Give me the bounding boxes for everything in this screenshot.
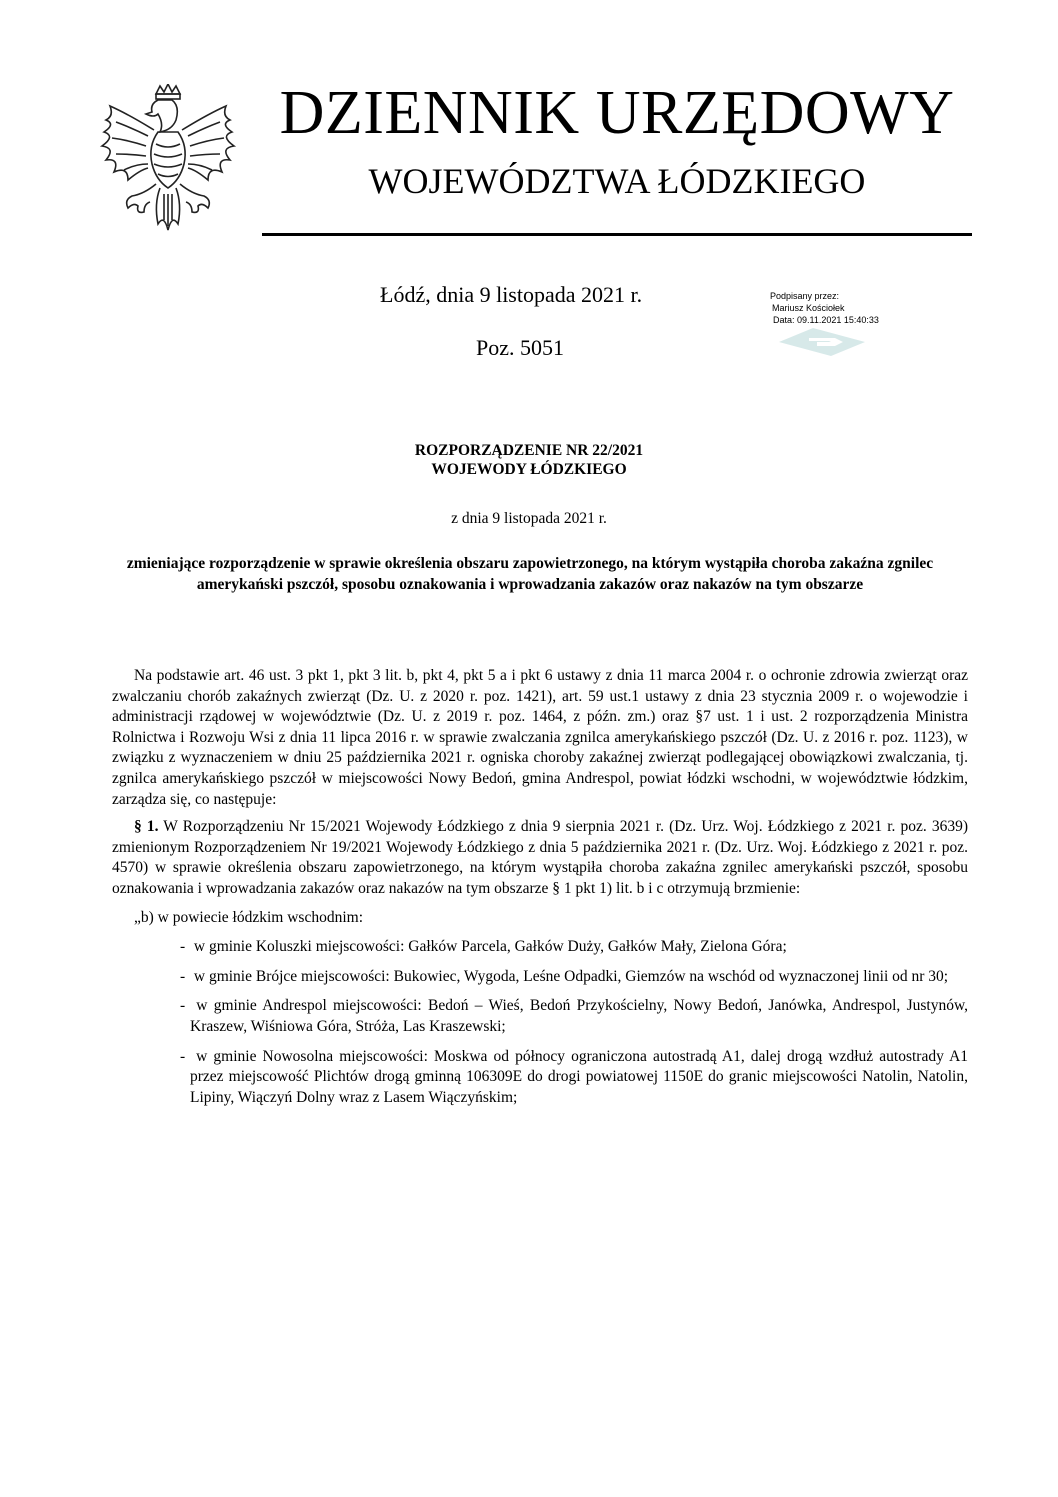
signature-signer: Mariusz Kościołek [770, 302, 930, 314]
list-item: - w gminie Koluszki miejscowości: Gałków… [112, 937, 968, 958]
act-title: ROZPORZĄDZENIE NR 22/2021 WOJEWODY ŁÓDZK… [0, 441, 1058, 479]
list-marker: - [180, 996, 190, 1017]
act-title-line2: WOJEWODY ŁÓDZKIEGO [0, 460, 1058, 479]
act-title-line1: ROZPORZĄDZENIE NR 22/2021 [0, 441, 1058, 460]
section-1-label: § 1. [134, 818, 158, 835]
signature-date: Data: 09.11.2021 15:40:33 [770, 314, 930, 326]
section-1-paragraph: § 1. W Rozporządzeniu Nr 15/2021 Wojewod… [112, 817, 968, 899]
quote-intro: „b) w powiecie łódzkim wschodnim: [112, 908, 968, 929]
list-item: - w gminie Andrespol miejscowości: Bedoń… [112, 996, 968, 1037]
municipality-list: - w gminie Koluszki miejscowości: Gałków… [112, 937, 968, 1108]
section-1-text: W Rozporządzeniu Nr 15/2021 Wojewody Łód… [112, 818, 968, 897]
list-marker: - [180, 1047, 190, 1068]
signature-label: Podpisany przez: [770, 290, 930, 302]
digital-signature: Podpisany przez: Mariusz Kościołek Data:… [770, 290, 930, 370]
preamble-paragraph: Na podstawie art. 46 ust. 3 pkt 1, pkt 3… [112, 666, 968, 810]
masthead-subtitle: WOJEWÓDZTWA ŁÓDZKIEGO [262, 163, 972, 199]
signature-stamp-icon [773, 326, 873, 358]
issue-place-date: Łódź, dnia 9 listopada 2021 r. [380, 282, 642, 308]
act-date: z dnia 9 listopada 2021 r. [0, 510, 1058, 528]
masthead-title: DZIENNIK URZĘDOWY [262, 82, 972, 144]
list-marker: - [180, 967, 190, 988]
list-item: - w gminie Nowosolna miejscowości: Moskw… [112, 1047, 968, 1109]
document-body: Na podstawie art. 46 ust. 3 pkt 1, pkt 3… [112, 666, 968, 1108]
list-item: - w gminie Brójce miejscowości: Bukowiec… [112, 967, 968, 988]
act-subject: zmieniające rozporządzenie w sprawie okr… [110, 553, 950, 595]
masthead-divider [262, 233, 972, 236]
issue-position: Poz. 5051 [476, 335, 564, 361]
list-marker: - [180, 937, 190, 958]
emblem-eagle-icon [88, 84, 248, 232]
